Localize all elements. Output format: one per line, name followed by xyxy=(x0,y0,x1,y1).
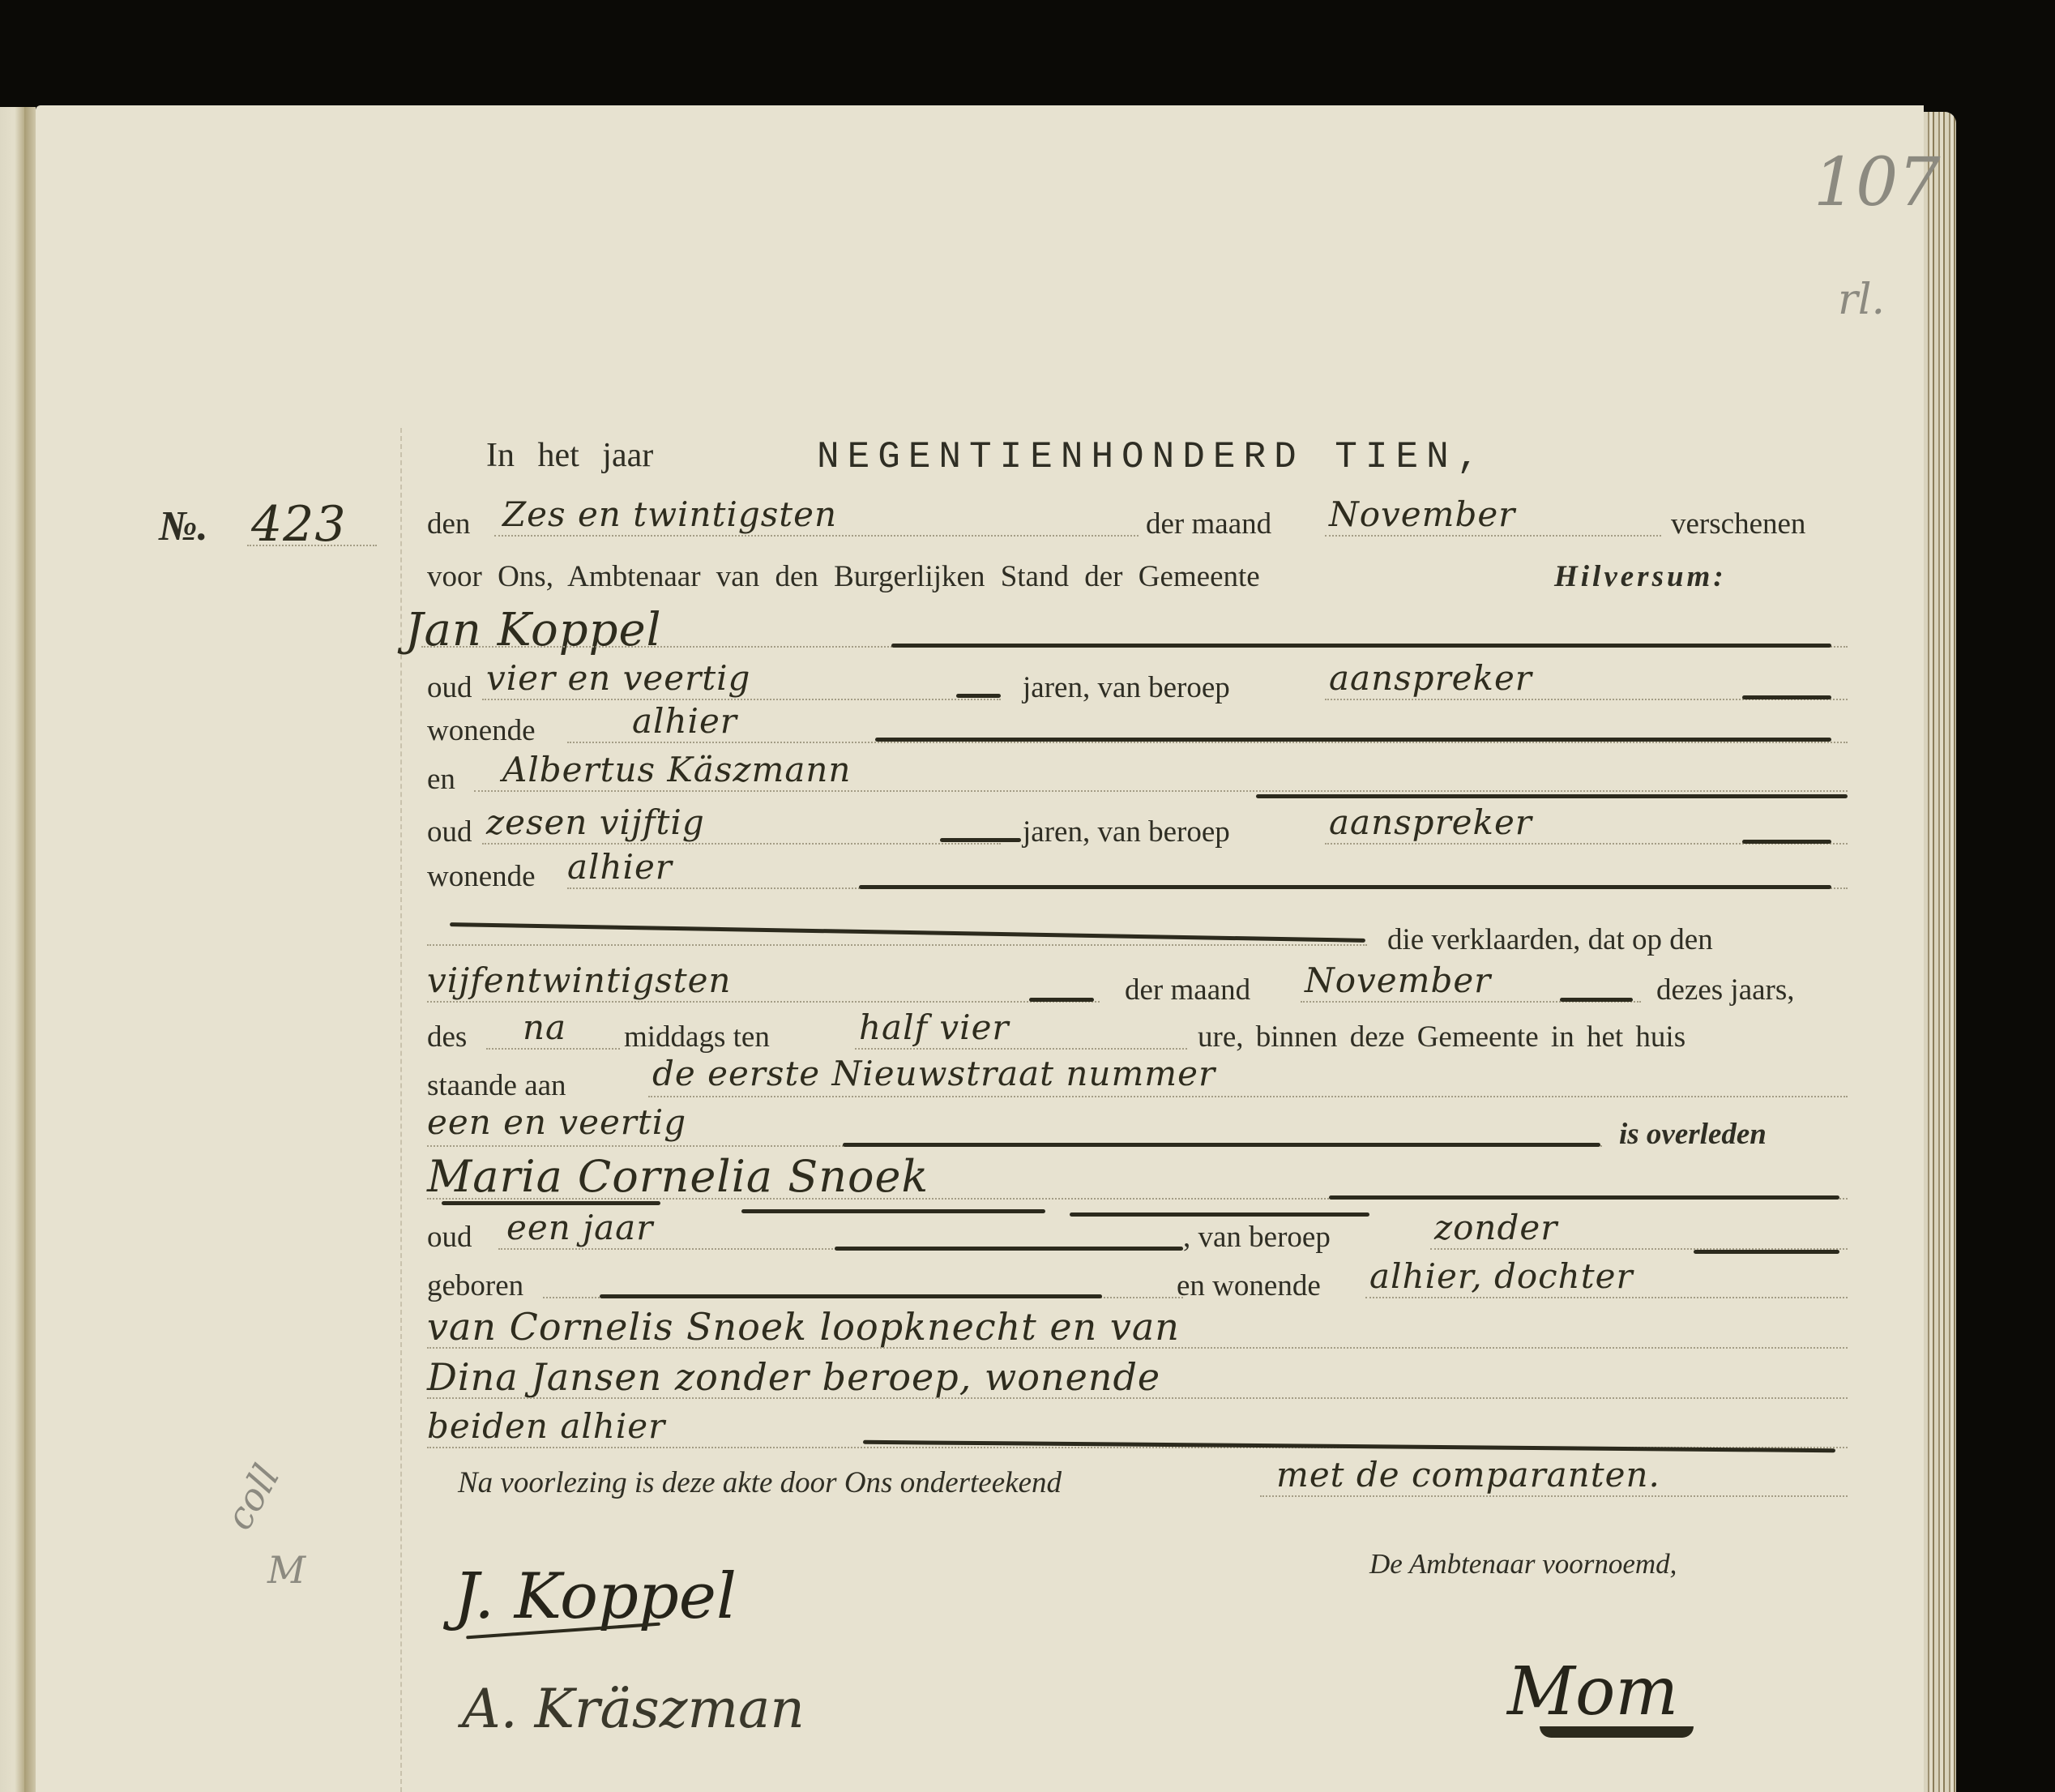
deceased-age: een jaar xyxy=(506,1208,653,1247)
dots xyxy=(482,699,1001,700)
record-number-label: №. xyxy=(159,503,208,550)
label-oud: oud xyxy=(427,670,472,705)
dots xyxy=(855,1048,1187,1050)
signature-official: Mom xyxy=(1507,1653,1678,1730)
label-jaren-van-beroep: jaren, van beroep xyxy=(1023,670,1230,705)
margin-note-m: M xyxy=(267,1548,305,1592)
dots xyxy=(427,1397,1848,1399)
fill-line xyxy=(956,694,1001,698)
page-stack-edges xyxy=(1924,112,1956,1792)
fill-line xyxy=(1560,998,1633,1002)
page-mark: rl. xyxy=(1838,276,1885,324)
comparant1-name: Jan Koppel xyxy=(405,604,662,656)
address-line2: een en veertig xyxy=(427,1102,686,1142)
fill-line xyxy=(1029,998,1094,1002)
fill-line xyxy=(741,1209,1045,1213)
label-wonende: wonende xyxy=(427,713,536,748)
dots xyxy=(1260,1495,1848,1497)
record-number-dots xyxy=(247,545,377,546)
label-die-verklaarden: die verklaarden, dat op den xyxy=(1387,922,1713,957)
comparant1-occupation: aanspreker xyxy=(1329,658,1532,698)
label-middags-ten: middags ten xyxy=(624,1020,770,1054)
address-line1: de eerste Nieuwstraat nummer xyxy=(652,1054,1215,1093)
dots xyxy=(494,535,1139,537)
signed-with: met de comparanten. xyxy=(1276,1455,1660,1495)
label-der-maand: der maand xyxy=(1146,507,1271,541)
fill-line xyxy=(600,1294,1102,1298)
label-wonende-2: wonende xyxy=(427,859,536,894)
label-jaren-van-beroep-2: jaren, van beroep xyxy=(1023,815,1230,849)
margin-rule xyxy=(400,428,402,1792)
label-ure-binnen: ure, binnen deze Gemeente in het huis xyxy=(1198,1020,1685,1054)
fill-line xyxy=(1329,1195,1839,1200)
facing-page-edge xyxy=(0,107,24,1792)
fill-line xyxy=(835,1247,1183,1251)
page-number: 107 xyxy=(1814,144,1941,221)
fill-line xyxy=(442,1201,660,1205)
dots xyxy=(648,1096,1848,1097)
deceased-occupation: zonder xyxy=(1434,1208,1557,1247)
dots xyxy=(474,790,1848,792)
comparant1-age: vier en veertig xyxy=(486,658,750,698)
dots xyxy=(427,1001,1100,1003)
fill-line xyxy=(843,1143,1600,1147)
parents-line3: beiden alhier xyxy=(427,1406,665,1446)
deceased-residence: alhier, dochter xyxy=(1369,1256,1634,1296)
fill-line xyxy=(1694,1250,1839,1254)
fill-line xyxy=(1070,1212,1369,1217)
fill-line xyxy=(1742,695,1831,699)
label-na-voorlezing: Na voorlezing is deze akte door Ons onde… xyxy=(458,1465,1062,1500)
death-time: half vier xyxy=(859,1007,1010,1047)
parents-line1: van Cornelis Snoek loopknecht en van xyxy=(427,1305,1180,1349)
fill-line xyxy=(859,885,1831,889)
comparant2-age: zesen vijftig xyxy=(486,802,705,842)
signature-witness2: A. Kräszman xyxy=(462,1678,805,1740)
comparant2-occupation: aanspreker xyxy=(1329,802,1532,842)
signature-flourish xyxy=(1540,1726,1694,1738)
registration-day: Zes en twintigsten xyxy=(502,494,837,534)
official-line: voor Ons, Ambtenaar van den Burgerlijken… xyxy=(427,559,1260,594)
comparant2-residence: alhier xyxy=(567,847,673,887)
dots xyxy=(567,742,1848,743)
fill-line xyxy=(940,838,1021,842)
year-prefix: In het jaar xyxy=(486,436,653,475)
label-oud-2: oud xyxy=(427,815,472,849)
fill-line xyxy=(875,738,1831,742)
parents-line2: Dina Jansen zonder beroep, wonende xyxy=(427,1355,1160,1399)
label-oud-3: oud xyxy=(427,1220,472,1255)
fill-line xyxy=(1742,840,1831,844)
label-geboren: geboren xyxy=(427,1268,523,1303)
municipality: Hilversum: xyxy=(1554,559,1727,594)
label-staande-aan: staande aan xyxy=(427,1068,566,1103)
label-is-overleden: is overleden xyxy=(1619,1117,1767,1152)
fill-line xyxy=(891,644,1831,648)
death-month: November xyxy=(1305,960,1491,1000)
label-van-beroep: , van beroep xyxy=(1183,1220,1331,1255)
dots xyxy=(486,1048,620,1050)
label-verschenen: verschenen xyxy=(1671,507,1805,541)
comparant2-name: Albertus Käszmann xyxy=(502,750,851,789)
dots xyxy=(482,843,1001,845)
label-en: en xyxy=(427,762,455,797)
dots xyxy=(427,944,1367,946)
label-der-maand-2: der maand xyxy=(1125,973,1250,1007)
label-ambtenaar-voornoemd: De Ambtenaar voornoemd, xyxy=(1369,1548,1677,1580)
dots xyxy=(1365,1297,1848,1298)
registration-month: November xyxy=(1329,494,1515,534)
fill-line xyxy=(1256,794,1848,798)
death-day: vijfentwintigsten xyxy=(427,960,731,1000)
book-gutter xyxy=(24,107,36,1792)
signature-witness1: J. Koppel xyxy=(454,1560,737,1633)
comparant1-residence: alhier xyxy=(632,701,737,741)
label-des: des xyxy=(427,1020,467,1054)
label-dezes-jaars: dezes jaars, xyxy=(1656,973,1795,1007)
dots xyxy=(427,1347,1848,1349)
day-part: na xyxy=(523,1007,566,1047)
label-en-wonende: en wonende xyxy=(1177,1268,1321,1303)
dots xyxy=(1325,535,1661,537)
deceased-name: Maria Cornelia Snoek xyxy=(427,1151,929,1202)
label-den: den xyxy=(427,507,470,541)
year-text: NEGENTIENHONDERD TIEN, xyxy=(817,436,1487,478)
